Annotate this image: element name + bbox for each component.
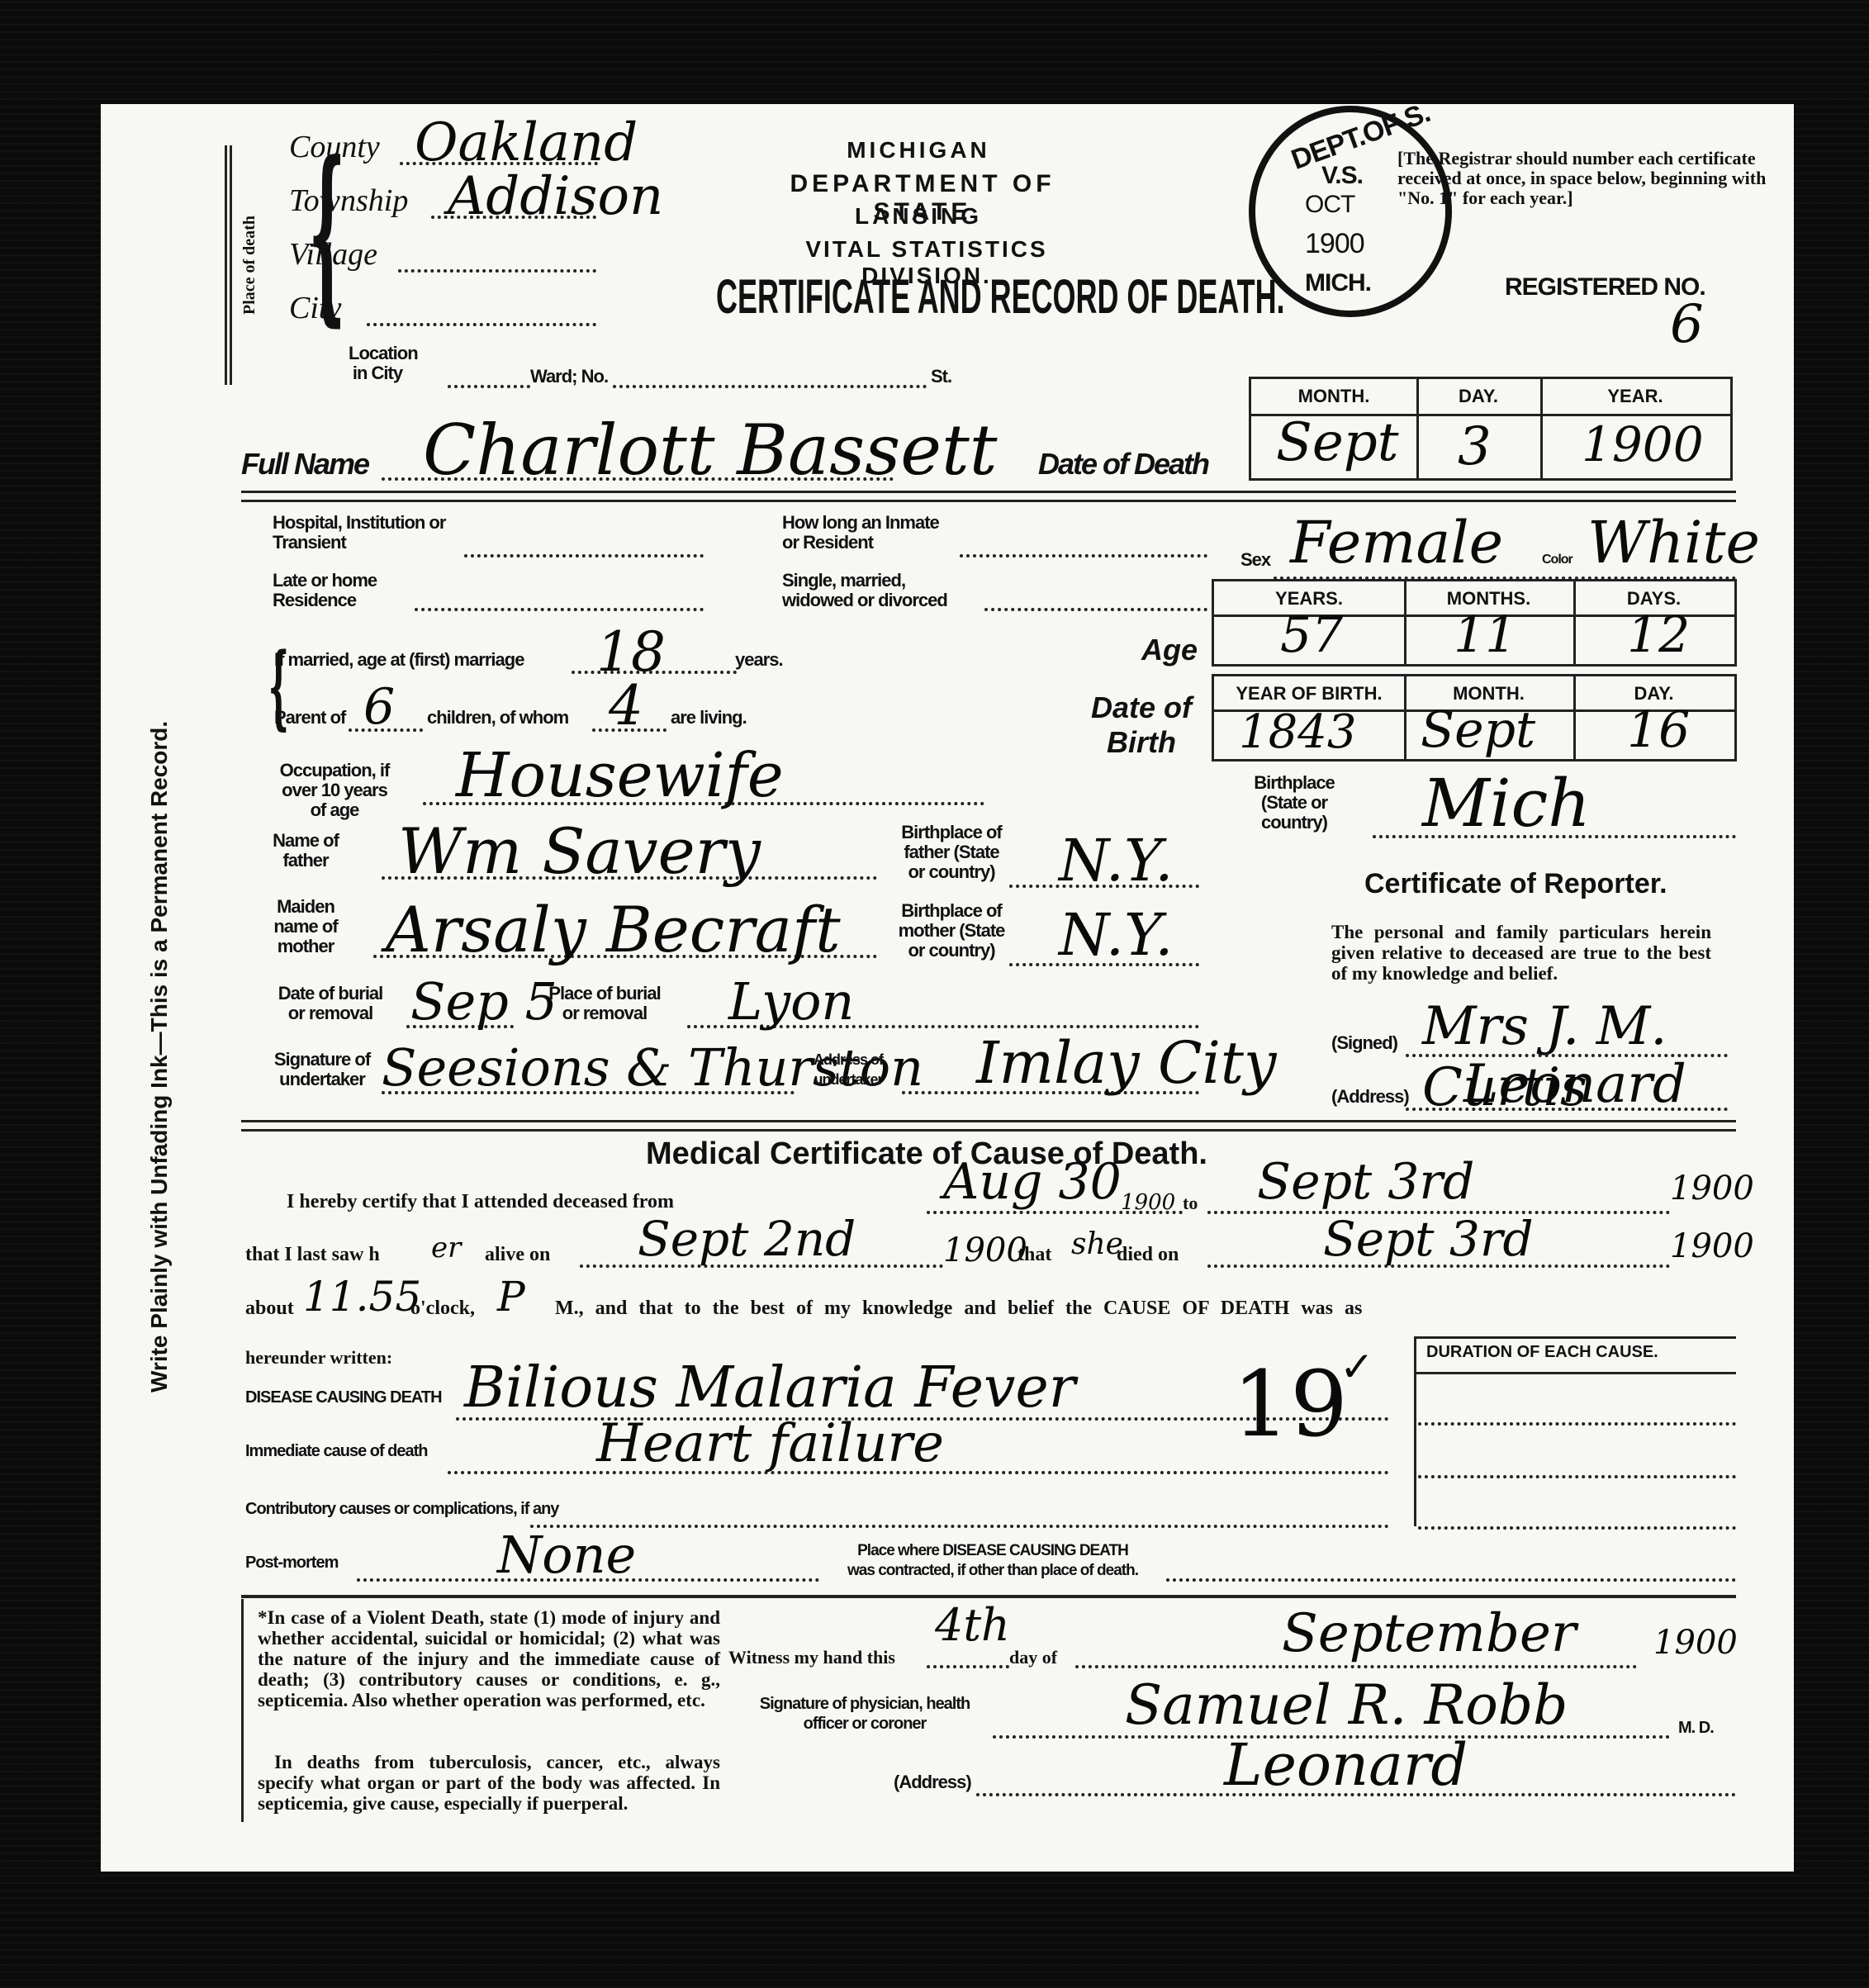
undertaker-address-label: Address of undertaker <box>803 1050 894 1089</box>
reporter-signed-label: (Signed) <box>1331 1033 1397 1053</box>
immediate-cause-value: Heart failure <box>596 1413 944 1474</box>
section-divider <box>241 491 1736 502</box>
received-stamp: DEPT.OF S. V.S. OCT 1900 MICH. <box>1249 106 1452 317</box>
living-label: are living. <box>671 707 747 728</box>
father-label: Name of father <box>273 831 339 871</box>
last-saw-suffix: er <box>431 1231 461 1264</box>
street-label: St. <box>931 367 951 387</box>
date-of-birth-label: Date of Birth <box>1079 690 1203 760</box>
reporter-text: The personal and family particulars here… <box>1331 922 1711 984</box>
marriage-age-suffix: years. <box>735 649 783 671</box>
county-value: Oakland <box>415 112 638 173</box>
registrar-note: [The Registrar should number each certif… <box>1397 149 1786 208</box>
street-line <box>613 385 927 388</box>
tuberculosis-note: In deaths from tuberculosis, cancer, etc… <box>258 1752 720 1814</box>
father-value: Wm Savery <box>398 814 761 888</box>
attended-to-value: Sept 3rd <box>1257 1153 1474 1211</box>
header-city: LANSING <box>745 203 1092 230</box>
death-day: 3 <box>1458 416 1492 477</box>
birthplace-label: Birthplace (State or country) <box>1249 773 1340 833</box>
color-value: White <box>1587 509 1760 576</box>
death-month: Sept <box>1276 412 1398 473</box>
place-contracted-label: Place where DISEASE CAUSING DEATH was co… <box>844 1541 1141 1581</box>
father-birthplace-value: N.Y. <box>1059 827 1173 894</box>
reporter-address-value: Leonard <box>1463 1054 1686 1115</box>
duration-header: DURATION OF EACH CAUSE. <box>1426 1343 1658 1362</box>
date-of-death-table: MONTH. DAY. YEAR. Sept 3 1900 <box>1249 377 1733 481</box>
age-months: 11 <box>1454 606 1516 664</box>
died-on-date: Sept 3rd <box>1323 1211 1534 1267</box>
certificate-paper: Write Plainly with Unfading Ink—This is … <box>101 104 1794 1872</box>
how-long-label: How long an Inmate or Resident <box>782 513 947 553</box>
children-living: 4 <box>609 674 643 738</box>
birth-year: 1843 <box>1239 705 1357 759</box>
city-label: City <box>289 290 341 326</box>
last-saw-label: that I last saw h <box>245 1244 380 1266</box>
undertaker-label: Signature of undertaker <box>273 1050 372 1089</box>
coded-number: 19 <box>1232 1351 1348 1457</box>
header-state: MICHIGAN <box>745 137 1092 164</box>
mother-birthplace-label: Birthplace of mother (State or country) <box>894 901 1009 961</box>
cause-statement: M., and that to the best of my knowledge… <box>555 1298 1362 1320</box>
section-divider <box>241 1595 1736 1598</box>
certificate-title: CERTIFICATE AND RECORD OF DEATH. <box>716 269 1285 325</box>
attended-from-value: Aug 30 <box>943 1153 1122 1211</box>
mother-value: Arsaly Becraft <box>386 893 841 966</box>
how-long-line <box>960 554 1207 557</box>
pronoun-value: she <box>1071 1227 1123 1261</box>
marriage-age-label: If married, age at (first) marriage <box>274 649 524 671</box>
location-label: Location in City <box>349 344 406 383</box>
sex-value: Female <box>1290 509 1503 576</box>
last-saw-date: Sept 2nd <box>638 1211 856 1267</box>
about-label: about <box>245 1298 294 1320</box>
city-line <box>367 323 596 326</box>
reporter-title: Certificate of Reporter. <box>1364 868 1667 900</box>
physician-signature: Samuel R. Robb <box>1125 1673 1568 1737</box>
children-label: children, of whom <box>427 707 568 728</box>
children-count: 6 <box>363 678 395 736</box>
to-label: to <box>1183 1193 1198 1214</box>
postmortem-value: None <box>497 1525 636 1585</box>
reporter-address-label: (Address) <box>1331 1087 1409 1107</box>
attended-to-year: 1900 <box>1670 1170 1754 1208</box>
marital-label: Single, married, widowed or divorced <box>782 571 972 610</box>
alive-on-label: alive on <box>485 1244 550 1266</box>
witness-label: Witness my hand this <box>728 1647 895 1668</box>
township-label: Township <box>289 183 408 219</box>
birth-day: 16 <box>1627 701 1690 759</box>
hereunder-label: hereunder written: <box>245 1347 392 1369</box>
meridiem-value: P <box>497 1273 525 1321</box>
md-label: M. D. <box>1678 1719 1714 1738</box>
witness-month: September <box>1282 1603 1576 1664</box>
sex-label: Sex <box>1240 550 1270 570</box>
attended-from-year: 1900 <box>1121 1190 1175 1215</box>
marital-line <box>984 608 1207 611</box>
disease-label: DISEASE CAUSING DEATH <box>245 1388 442 1407</box>
village-line <box>398 269 596 273</box>
contributory-label: Contributory causes or complications, if… <box>245 1500 558 1519</box>
physician-address-label: (Address) <box>894 1772 971 1792</box>
occupation-label: Occupation, if over 10 years of age <box>273 761 396 820</box>
time-value: 11.55 <box>303 1273 421 1321</box>
that-label: that <box>1018 1244 1051 1266</box>
died-on-label: died on <box>1117 1244 1179 1266</box>
day-of-label: day of <box>1009 1647 1057 1668</box>
occupation-value: Housewife <box>456 740 784 811</box>
burial-place-value: Lyon <box>728 971 854 1032</box>
physician-address-value: Leonard <box>1224 1731 1468 1799</box>
postmortem-label: Post-mortem <box>245 1554 338 1573</box>
place-of-death-label: Place of death <box>240 216 259 315</box>
birth-date-table: YEAR OF BIRTH. MONTH. DAY. 1843 Sept 16 <box>1212 674 1737 762</box>
registered-no-value: 6 <box>1670 294 1704 355</box>
burial-date-value: Sep 5 <box>410 971 557 1032</box>
age-table: YEARS. MONTHS. DAYS. 57 11 12 <box>1212 579 1737 667</box>
physician-label: Signature of physician, health officer o… <box>745 1694 984 1734</box>
oclock-label: o'clock, <box>410 1298 475 1320</box>
father-birthplace-label: Birthplace of father (State or country) <box>894 823 1009 882</box>
full-name-value: Charlott Bassett <box>423 410 998 491</box>
burial-place-label: Place of burial or removal <box>547 984 662 1023</box>
witness-day: 4th <box>935 1599 1010 1651</box>
age-days: 12 <box>1627 606 1690 664</box>
violent-death-note: *In case of a Violent Death, state (1) m… <box>258 1607 720 1710</box>
burial-date-label: Date of burial or removal <box>273 984 388 1023</box>
immediate-cause-label: Immediate cause of death <box>245 1442 428 1461</box>
mother-birthplace-value: N.Y. <box>1059 901 1173 969</box>
ward-label: Ward; No. <box>530 367 608 387</box>
birthplace-value: Mich <box>1422 765 1591 842</box>
medical-title: Medical Certificate of Cause of Death. <box>596 1136 1257 1172</box>
mother-label: Maiden name of mother <box>273 897 339 956</box>
undertaker-address-value: Imlay City <box>976 1029 1277 1097</box>
birth-month: Sept <box>1421 701 1535 759</box>
residence-label: Late or home Residence <box>273 571 396 610</box>
county-label: County <box>289 129 380 165</box>
divider <box>230 145 232 385</box>
parent-of-label: Parent of <box>274 707 345 728</box>
village-label: Village <box>289 236 377 273</box>
hospital-label: Hospital, Institution or Transient <box>273 513 454 553</box>
witness-year: 1900 <box>1653 1624 1738 1662</box>
full-name-label: Full Name <box>241 447 368 482</box>
age-label: Age <box>1141 633 1198 667</box>
township-value: Addison <box>448 166 663 227</box>
hospital-line <box>464 554 704 557</box>
age-years: 57 <box>1280 606 1343 664</box>
residence-line <box>415 608 704 611</box>
divider <box>225 145 227 385</box>
last-saw-year: 1900 <box>943 1231 1027 1269</box>
check-mark-icon: ✓ <box>1340 1343 1374 1391</box>
attended-label: I hereby certify that I attended decease… <box>287 1191 674 1213</box>
section-divider <box>241 1120 1736 1132</box>
ward-line <box>448 385 530 388</box>
death-year: 1900 <box>1582 416 1704 472</box>
died-on-year: 1900 <box>1670 1227 1754 1265</box>
date-of-death-label: Date of Death <box>1038 447 1208 482</box>
disease-value: Bilious Malaria Fever <box>464 1355 1075 1421</box>
color-label: Color <box>1542 550 1573 570</box>
side-margin-note: Write Plainly with Unfading Ink—This is … <box>146 236 173 1393</box>
